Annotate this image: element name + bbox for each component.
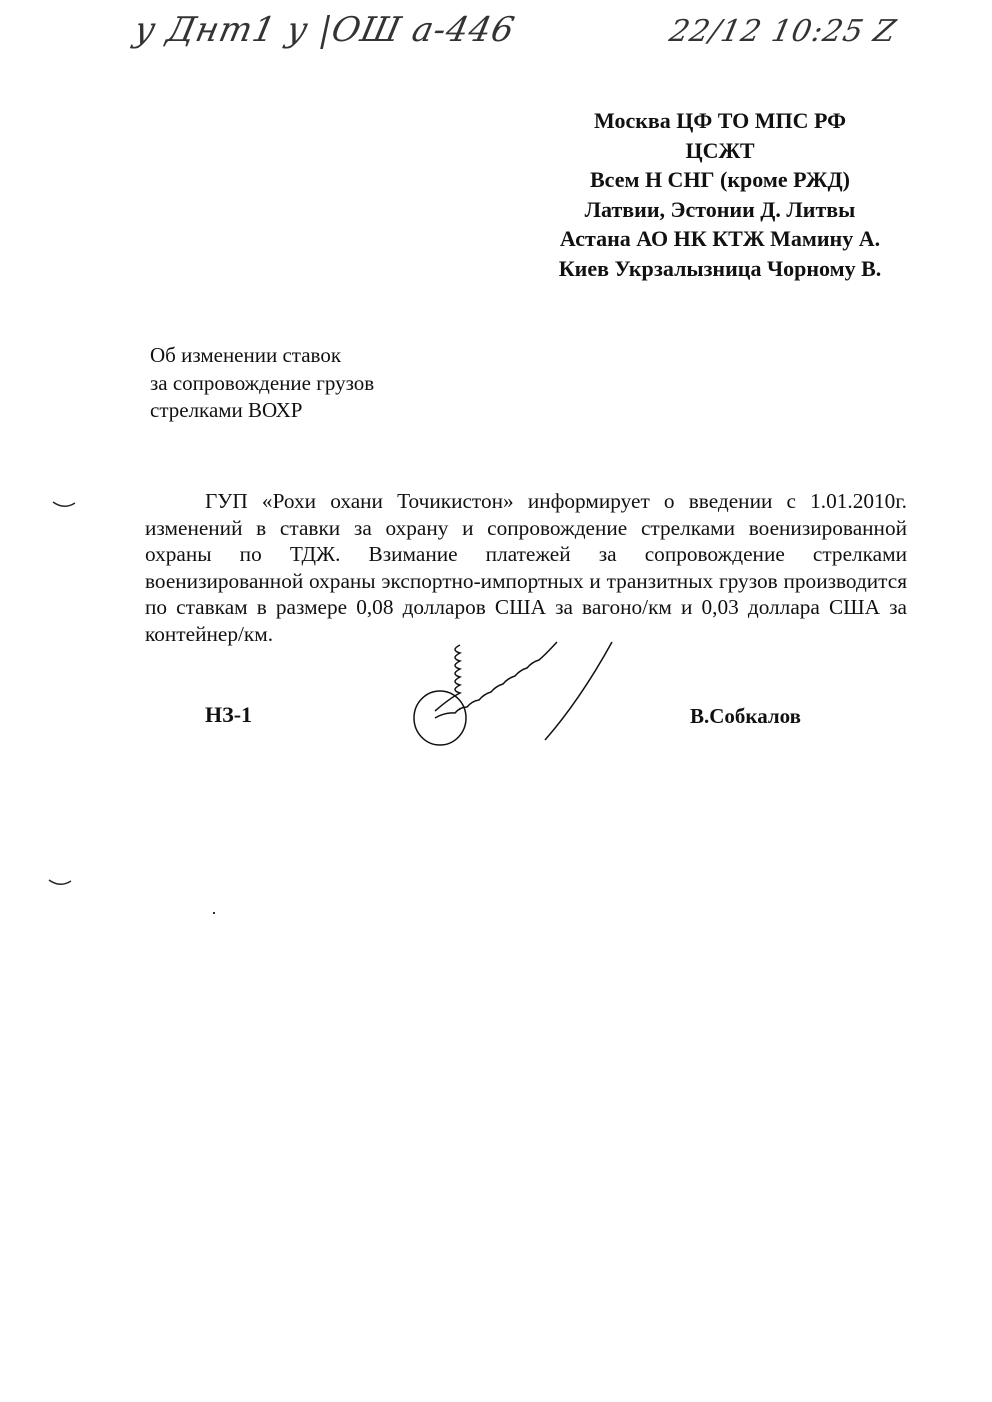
handwritten-date-time: 22/12 10:25 Z	[666, 14, 899, 49]
subject-line: стрелками ВОХР	[150, 397, 374, 425]
addressee-line: Москва ЦФ ТО МПС РФ	[530, 106, 910, 136]
addressee-line: ЦСЖТ	[530, 136, 910, 166]
addressee-line: Киев Укрзалызница Чорному В.	[530, 254, 910, 284]
handwritten-header: у Днт1 у |ОШ а-446 22/12 10:25 Z	[0, 0, 992, 90]
margin-mark-icon	[48, 878, 72, 886]
handwritten-signature-icon	[400, 630, 640, 750]
addressee-line: Астана АО НК КТЖ Мамину А.	[530, 224, 910, 254]
subject-line: за сопровождение грузов	[150, 370, 374, 398]
addressee-line: Всем Н СНГ (кроме РЖД)	[530, 165, 910, 195]
handwritten-routing-note: у Днт1 у |ОШ а-446	[131, 10, 519, 50]
body-paragraph: ГУП «Рохи охани Точикистон» информирует …	[145, 488, 907, 647]
signatory-name: В.Собкалов	[690, 704, 801, 729]
addressee-block: Москва ЦФ ТО МПС РФ ЦСЖТ Всем Н СНГ (кро…	[530, 106, 910, 283]
margin-mark-icon	[52, 500, 76, 508]
subject-block: Об изменении ставок за сопровождение гру…	[150, 342, 374, 425]
signatory-position: НЗ-1	[205, 702, 252, 728]
addressee-line: Латвии, Эстонии Д. Литвы	[530, 195, 910, 225]
subject-line: Об изменении ставок	[150, 342, 374, 370]
scan-speck	[213, 912, 215, 914]
